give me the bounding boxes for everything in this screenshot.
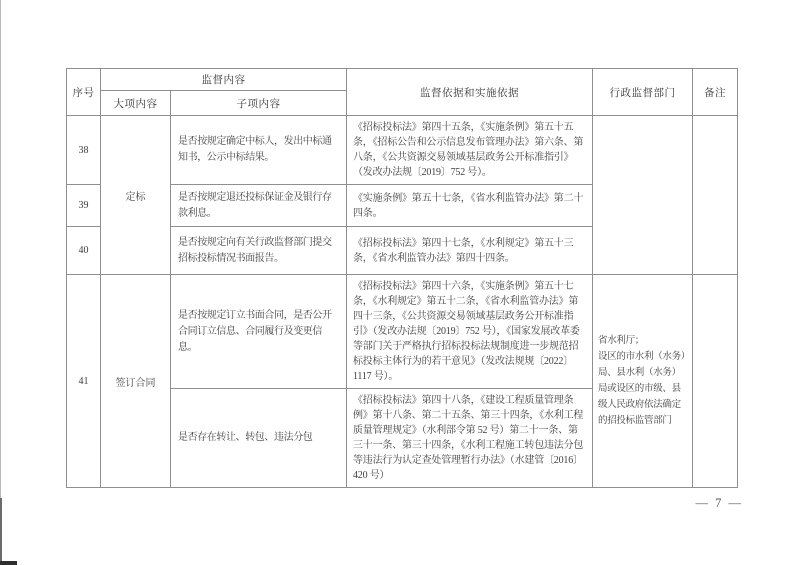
supervision-items-table: 序号 监督内容 监督依据和实施依据 行政监督部门 备注 大项内容 子项内容 38…	[66, 68, 738, 488]
header-basis: 监督依据和实施依据	[347, 69, 593, 116]
header-no: 序号	[67, 69, 101, 116]
row-39-no: 39	[67, 185, 101, 227]
row-38-no: 38	[67, 116, 101, 185]
header-remarks: 备注	[693, 69, 738, 116]
scanned-document-page: 序号 监督内容 监督依据和实施依据 行政监督部门 备注 大项内容 子项内容 38…	[0, 0, 800, 565]
row-40-basis: 《招标投标法》第四十七条，《水利规定》第五十三条，《省水利监管办法》第四十四条。	[347, 227, 593, 275]
header-major-item: 大项内容	[101, 91, 171, 116]
row-41-no: 41	[67, 275, 101, 488]
header-row-1: 序号 监督内容 监督依据和实施依据 行政监督部门 备注	[67, 69, 738, 91]
admin-dept-cell-rows-38-40	[593, 116, 693, 275]
row-40-no: 40	[67, 227, 101, 275]
row-41b-sub-item: 是否存在转让、转包、违法分包	[171, 389, 347, 488]
table-row-38: 38 定标 是否按规定确定中标人，发出中标通知书，公示中标结果。 《招标投标法》…	[67, 116, 738, 185]
admin-dept-cell-row-41: 省水利厅； 设区的市水利（水务）局、县水利（水务）局或设区的市级、县级人民政府依…	[593, 275, 693, 488]
scan-left-edge-line	[0, 0, 1, 565]
header-sub-item: 子项内容	[171, 91, 347, 116]
row-38-sub-item: 是否按规定确定中标人，发出中标通知书，公示中标结果。	[171, 116, 347, 185]
row-41a-sub-item: 是否按规定订立书面合同，是否公开合同订立信息、合同履行及变更信息。	[171, 275, 347, 389]
row-41b-basis: 《招标投标法》第四十八条，《建设工程质量管理条例》第十八条、第二十五条、第三十四…	[347, 389, 593, 488]
major-item-qianding-hetong: 签订合同	[101, 275, 171, 488]
row-41a-basis: 《招标投标法》第四十六条，《实施条例》第五十七条，《水利规定》第五十二条，《省水…	[347, 275, 593, 389]
page-number: — 7 —	[696, 496, 744, 511]
major-item-dingbiao: 定标	[101, 116, 171, 275]
scan-bottom-left-mark	[0, 561, 17, 565]
header-admin-dept: 行政监督部门	[593, 69, 693, 116]
scan-left-edge-shadow	[0, 498, 2, 565]
row-38-basis: 《招标投标法》第四十五条，《实施条例》第五十五条，《招标公告和公示信息发布管理办…	[347, 116, 593, 185]
table-row-41-part-1: 41 签订合同 是否按规定订立书面合同，是否公开合同订立信息、合同履行及变更信息…	[67, 275, 738, 389]
row-40-sub-item: 是否按规定向有关行政监督部门提交招标投标情况书面报告。	[171, 227, 347, 275]
row-39-sub-item: 是否按规定退还投标保证金及银行存款利息。	[171, 185, 347, 227]
remarks-cell-rows-38-40	[693, 116, 738, 275]
header-supervision-content: 监督内容	[101, 69, 347, 91]
remarks-cell-row-41	[693, 275, 738, 488]
row-39-basis: 《实施条例》第五十七条，《省水利监管办法》第二十四条。	[347, 185, 593, 227]
